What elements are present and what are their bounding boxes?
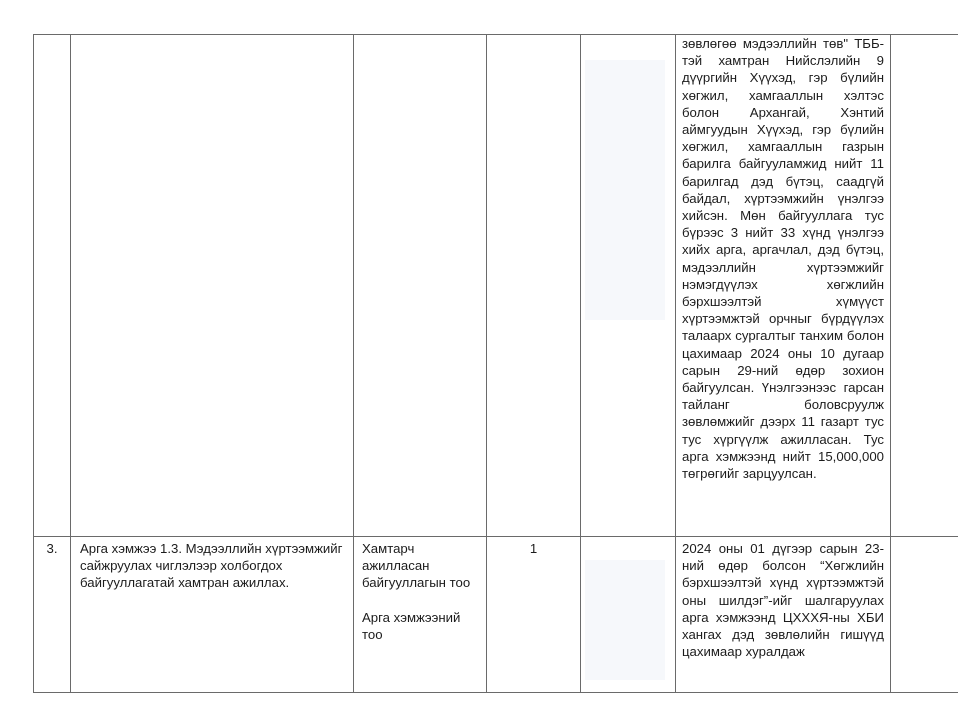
indicator-2: Арга хэмжээний тоо [362,609,482,643]
row-divider [33,536,958,537]
target-value: 1 [487,540,580,557]
column-border [890,34,891,693]
column-border [486,34,487,693]
column-border [70,34,71,693]
indicator-cell: Хамтарч ажилласан байгууллагын тоо Арга … [362,540,482,643]
table-bottom-border [33,692,958,693]
row-number: 3. [34,540,70,557]
scan-shadow [585,560,665,680]
scan-shadow [585,60,665,320]
column-border [353,34,354,693]
activity-cell: Арга хэмжээ 1.3. Мэдээллийн хүртээмжийг … [80,540,348,592]
column-border [675,34,676,693]
document-page: зөвлөгөө мэдээллийн төв" ТББ-тэй хамтран… [0,0,964,725]
indicator-1: Хамтарч ажилласан байгууллагын тоо [362,540,482,592]
progress-text-cell: 2024 оны 01 дүгээр сарын 23-ний өдөр бол… [682,540,884,660]
progress-text-cell: зөвлөгөө мэдээллийн төв" ТББ-тэй хамтран… [682,35,884,482]
column-border [580,34,581,693]
column-border [33,34,34,693]
